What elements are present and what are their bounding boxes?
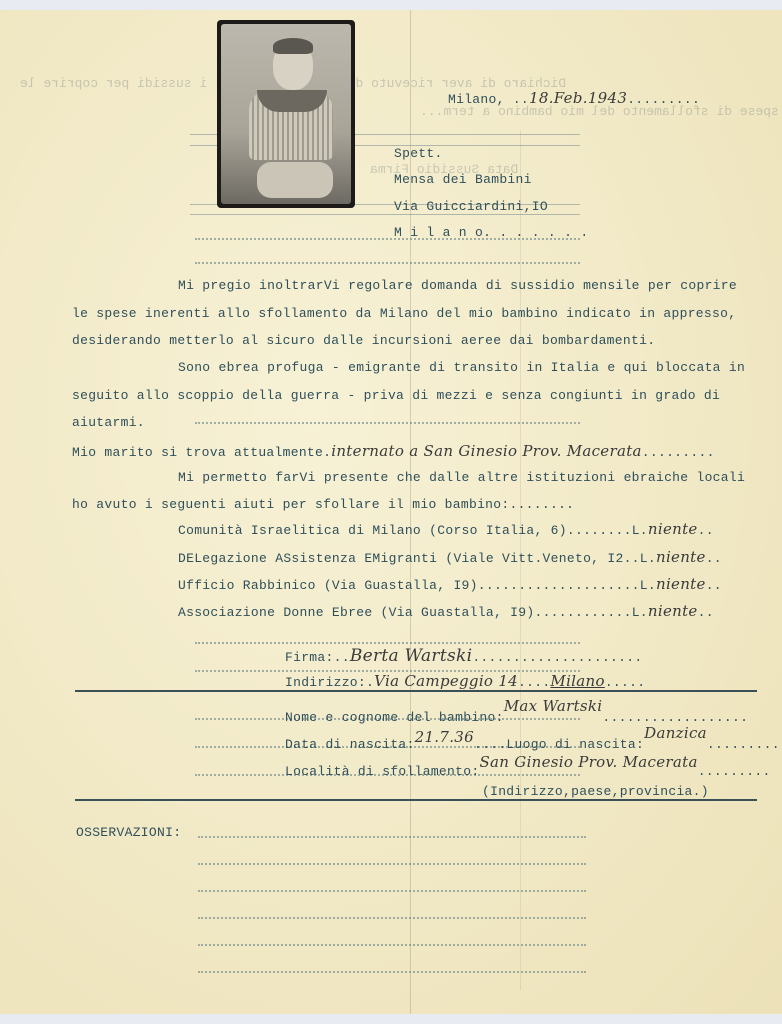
body-text: seguito allo scoppio della guerra - priv… bbox=[72, 388, 720, 403]
child-name-line: Nome e cognome del bambino:Max Wartski..… bbox=[285, 707, 748, 725]
aid-currency: L. bbox=[632, 605, 648, 620]
signature-value: Berta Wartski bbox=[350, 646, 473, 666]
address-line: Indirizzo:.Via Campeggio 14....Milano...… bbox=[285, 672, 645, 690]
observation-line bbox=[198, 917, 586, 919]
recipient-street: Via Guicciardini,IO bbox=[394, 199, 548, 214]
address-label: Indirizzo: bbox=[285, 675, 366, 690]
signature-line: Firma:..Berta Wartski...................… bbox=[285, 646, 642, 666]
signature-label: Firma: bbox=[285, 650, 334, 665]
observation-line bbox=[198, 944, 586, 946]
body-text-content: ho avuto i seguenti aiuti per sfollare i… bbox=[72, 497, 509, 512]
photo-figure bbox=[257, 162, 333, 198]
place-date-line: Milano, ..18.Feb.1943......... bbox=[448, 89, 700, 107]
husband-line: Mio marito si trova attualmente.internat… bbox=[72, 442, 715, 460]
child-name-label: Nome e cognome del bambino: bbox=[285, 710, 504, 725]
photo-figure bbox=[273, 38, 313, 54]
address-city: Milano bbox=[550, 672, 604, 690]
child-name-value: Max Wartski bbox=[504, 697, 603, 715]
aid-row: Comunità Israelitica di Milano (Corso It… bbox=[178, 520, 714, 538]
aid-amount: niente bbox=[648, 520, 698, 538]
photo-figure bbox=[257, 90, 327, 112]
aid-row: Associazione Donne Ebree (Via Guastalla,… bbox=[178, 602, 714, 620]
aid-institution: DELegazione ASsistenza EMigranti (Viale … bbox=[178, 551, 624, 566]
body-text: le spese inerenti allo sfollamento da Mi… bbox=[72, 306, 736, 321]
section-divider bbox=[75, 799, 757, 801]
dotted-line bbox=[195, 642, 580, 644]
observation-line bbox=[198, 836, 586, 838]
aid-currency: L. bbox=[640, 551, 656, 566]
evacuation-hint: (Indirizzo,paese,provincia.) bbox=[482, 784, 709, 799]
observation-line bbox=[198, 890, 586, 892]
body-text: desiderando metterlo al sicuro dalle inc… bbox=[72, 333, 655, 348]
aid-amount: niente bbox=[648, 602, 698, 620]
aid-institution: Ufficio Rabbinico (Via Guastalla, I9) bbox=[178, 578, 478, 593]
ruled-line bbox=[190, 214, 580, 215]
body-text: Mi pregio inoltrarVi regolare domanda di… bbox=[178, 278, 737, 293]
dotted-line bbox=[195, 262, 580, 264]
birthplace-value: Danzica bbox=[644, 724, 707, 742]
recipient-name: Mensa dei Bambini bbox=[394, 172, 532, 187]
aid-currency: L. bbox=[640, 578, 656, 593]
birthdate-value: 21.7.36 bbox=[415, 728, 474, 746]
evacuation-value: San Ginesio Prov. Macerata bbox=[479, 753, 697, 771]
aid-currency: L. bbox=[632, 523, 648, 538]
observation-line bbox=[198, 971, 586, 973]
birthplace-label: Luogo di nascita: bbox=[506, 737, 644, 752]
aid-row: Ufficio Rabbinico (Via Guastalla, I9)...… bbox=[178, 575, 722, 593]
section-divider bbox=[75, 690, 757, 692]
body-text: Mi permetto farVi presente che dalle alt… bbox=[178, 470, 745, 485]
husband-label: Mio marito si trova attualmente bbox=[72, 445, 323, 460]
document-page: Dichiaro di aver ricevuto dalla Mensa de… bbox=[0, 10, 782, 1014]
child-photo bbox=[217, 20, 355, 208]
body-text: Sono ebrea profuga - emigrante di transi… bbox=[178, 360, 745, 375]
recipient-city-text: M i l a n o bbox=[394, 225, 483, 240]
aid-amount: niente bbox=[656, 548, 706, 566]
aid-row: DELegazione ASsistenza EMigranti (Viale … bbox=[178, 548, 722, 566]
evacuation-line: Località di sfollamento:San Ginesio Prov… bbox=[285, 761, 771, 779]
address-value: Via Campeggio 14 bbox=[374, 672, 518, 690]
recipient-salutation: Spett. bbox=[394, 146, 443, 161]
aid-amount: niente bbox=[656, 575, 706, 593]
evacuation-label: Località di sfollamento: bbox=[285, 764, 479, 779]
observations-label: OSSERVAZIONI: bbox=[76, 825, 181, 840]
date-handwritten: 18.Feb.1943 bbox=[529, 89, 627, 107]
observation-line bbox=[198, 863, 586, 865]
aid-institution: Associazione Donne Ebree (Via Guastalla,… bbox=[178, 605, 534, 620]
birthdate-label: Data di nascita: bbox=[285, 737, 415, 752]
birth-line: Data di nascita:21.7.36....Luogo di nasc… bbox=[285, 734, 780, 752]
place-label: Milano, bbox=[448, 92, 505, 107]
dotted-line bbox=[195, 422, 580, 424]
recipient-city: M i l a n o. . . . . . . bbox=[394, 225, 588, 240]
body-text: aiutarmi. bbox=[72, 415, 145, 430]
photo-image bbox=[221, 24, 351, 204]
husband-value: internato a San Ginesio Prov. Macerata bbox=[331, 442, 642, 460]
body-text: ho avuto i seguenti aiuti per sfollare i… bbox=[72, 497, 574, 512]
aid-institution: Comunità Israelitica di Milano (Corso It… bbox=[178, 523, 567, 538]
